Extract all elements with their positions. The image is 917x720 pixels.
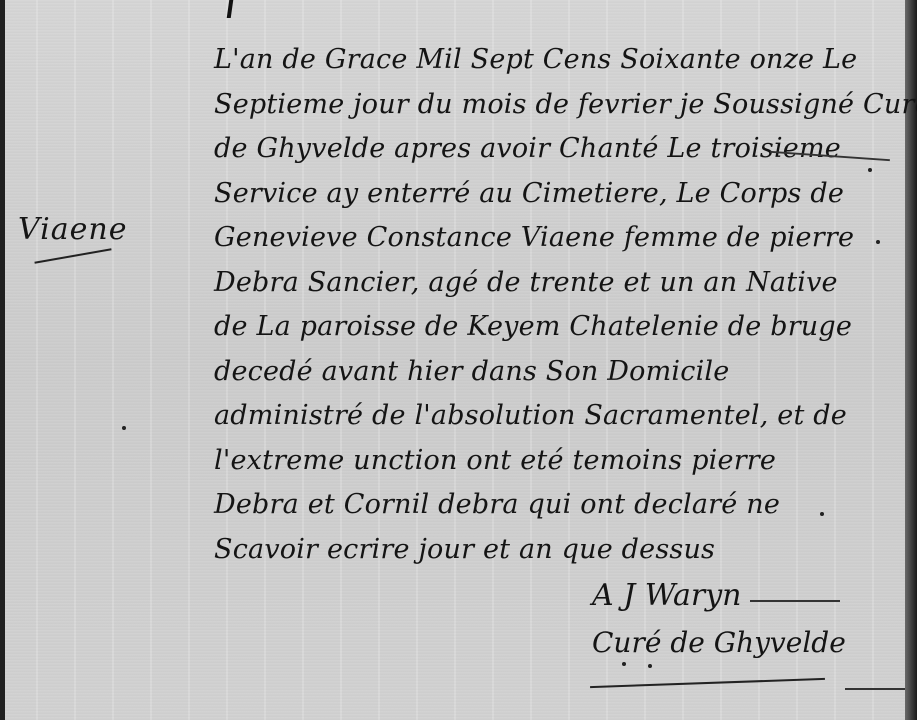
margin-underline-flourish (34, 248, 111, 264)
text-line: L'an de Grace Mil Sept Cens Soixante onz… (214, 38, 894, 83)
signature-flourish (590, 678, 825, 688)
text-line: Genevieve Constance Viaene femme de pier… (214, 216, 894, 261)
text-line: Service ay enterré au Cimetiere, Le Corp… (214, 172, 894, 217)
text-line: Septieme jour du mois de fevrier je Sous… (214, 83, 894, 128)
text-line: l'extreme unction ont eté temoins pierre (214, 439, 894, 484)
ink-dot (876, 240, 880, 244)
ink-dot (122, 426, 126, 430)
signature-flourish-tail (845, 688, 905, 690)
ink-dot (622, 662, 626, 666)
scanned-document-page: Viaene L'an de Grace Mil Sept Cens Soixa… (0, 0, 917, 720)
signature-underline (750, 600, 840, 602)
text-line: de Ghyvelde apres avoir Chanté Le troisi… (214, 127, 894, 172)
text-line: administré de l'absolution Sacramentel, … (214, 394, 894, 439)
text-line: Debra et Cornil debra qui ont declaré ne (214, 483, 894, 528)
ink-stroke (227, 0, 234, 18)
text-line: Debra Sancier, agé de trente et un an Na… (214, 261, 894, 306)
text-line: Scavoir ecrire jour et an que dessus (214, 528, 894, 573)
register-entry-text: L'an de Grace Mil Sept Cens Soixante onz… (214, 38, 894, 572)
ink-dot (820, 512, 824, 516)
ink-dot (868, 168, 872, 172)
text-line: decedé avant hier dans Son Domicile (214, 350, 894, 395)
ink-dot (648, 664, 652, 668)
text-line: de La paroisse de Keyem Chatelenie de br… (214, 305, 894, 350)
margin-surname-note: Viaene (18, 212, 127, 247)
signature-name: A J Waryn (592, 578, 742, 613)
scan-left-edge (0, 0, 5, 720)
signature-title: Curé de Ghyvelde (592, 626, 846, 659)
